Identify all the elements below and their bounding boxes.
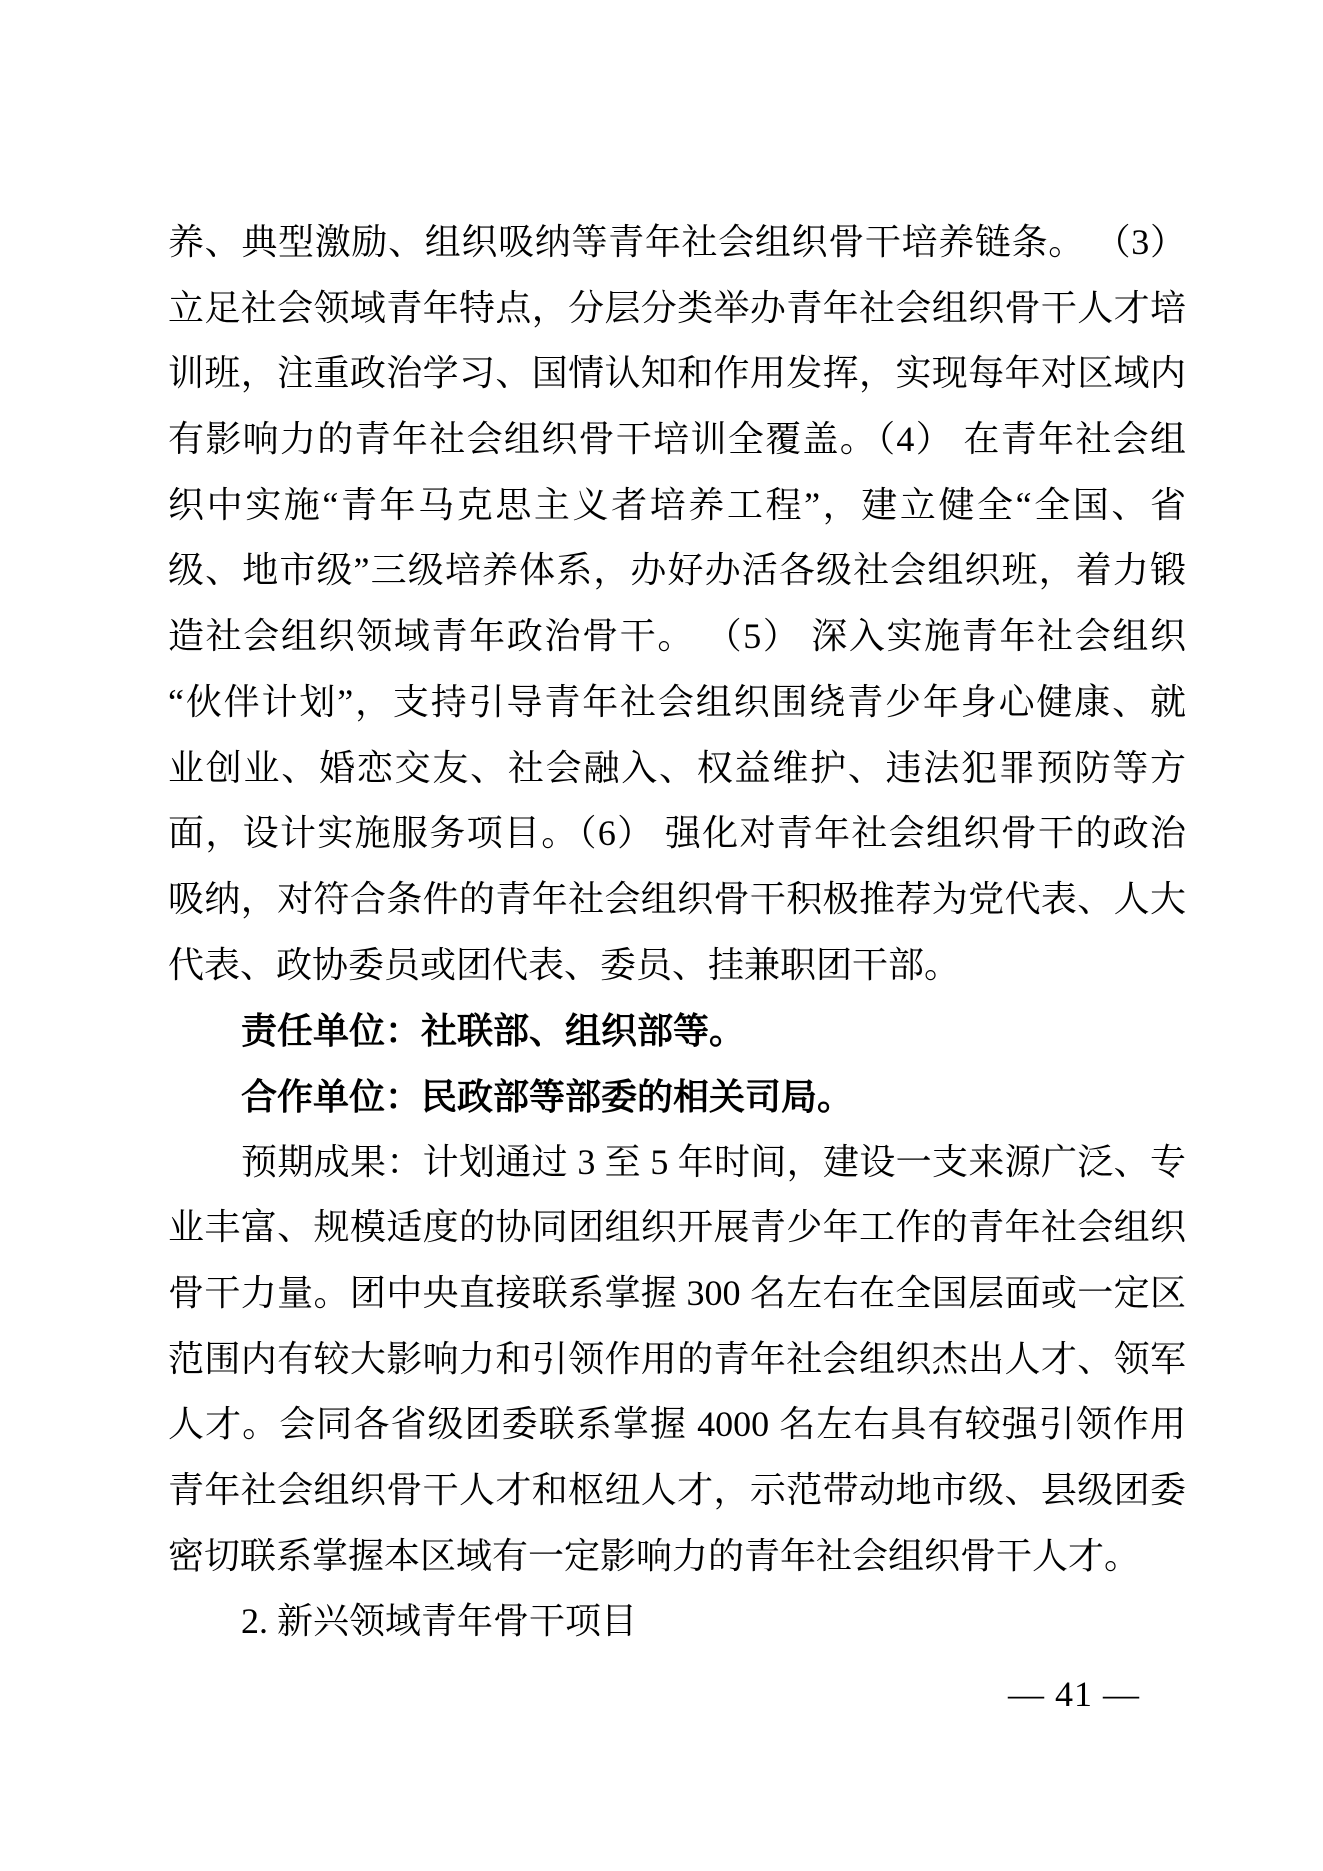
text-line: 训班，注重政治学习、国情认知和作用发挥，实现每年对区域内 [168,341,1186,407]
document-body: 养、典型激励、组织吸纳等青年社会组织骨干培养链条。 （3）立足社会领域青年特点，… [168,210,1186,1655]
text-line: 级、地市级”三级培养体系，办好办活各级社会组织班，着力锻 [168,538,1186,604]
text-line: 人才。会同各省级团委联系掌握 4000 名左右具有较强引领作用的 [168,1392,1186,1458]
text-line: 立足社会领域青年特点，分层分类举办青年社会组织骨干人才培 [168,276,1186,342]
text-line: 范围内有较大影响力和引领作用的青年社会组织杰出人才、领军 [168,1327,1186,1393]
text-line: 密切联系掌握本区域有一定影响力的青年社会组织骨干人才。 [168,1524,1186,1590]
text-line: 骨干力量。团中央直接联系掌握 300 名左右在全国层面或一定区域 [168,1261,1186,1327]
page-number: — 41 — [1008,1672,1140,1716]
text-line: 2. 新兴领域青年骨干项目 [168,1589,1186,1655]
text-line: 预期成果：计划通过 3 至 5 年时间，建设一支来源广泛、专 [168,1130,1186,1196]
text-line: 织中实施“青年马克思主义者培养工程”，建立健全“全国、省 [168,473,1186,539]
text-line: 面，设计实施服务项目。（6） 强化对青年社会组织骨干的政治 [168,801,1186,867]
text-line: 造社会组织领域青年政治骨干。 （5） 深入实施青年社会组织 [168,604,1186,670]
text-line: 责任单位：社联部、组织部等。 [168,998,1186,1064]
text-line: 养、典型激励、组织吸纳等青年社会组织骨干培养链条。 （3） [168,210,1186,276]
text-line: 业创业、婚恋交友、社会融入、权益维护、违法犯罪预防等方 [168,736,1186,802]
document-page: 养、典型激励、组织吸纳等青年社会组织骨干培养链条。 （3）立足社会领域青年特点，… [0,0,1323,1871]
text-line: 业丰富、规模适度的协同团组织开展青少年工作的青年社会组织 [168,1195,1186,1261]
text-line: “伙伴计划”，支持引导青年社会组织围绕青少年身心健康、就 [168,670,1186,736]
text-line: 合作单位：民政部等部委的相关司局。 [168,1064,1186,1130]
text-line: 代表、政协委员或团代表、委员、挂兼职团干部。 [168,933,1186,999]
text-line: 吸纳，对符合条件的青年社会组织骨干积极推荐为党代表、人大 [168,867,1186,933]
text-line: 青年社会组织骨干人才和枢纽人才，示范带动地市级、县级团委 [168,1458,1186,1524]
text-line: 有影响力的青年社会组织骨干培训全覆盖。（4） 在青年社会组 [168,407,1186,473]
